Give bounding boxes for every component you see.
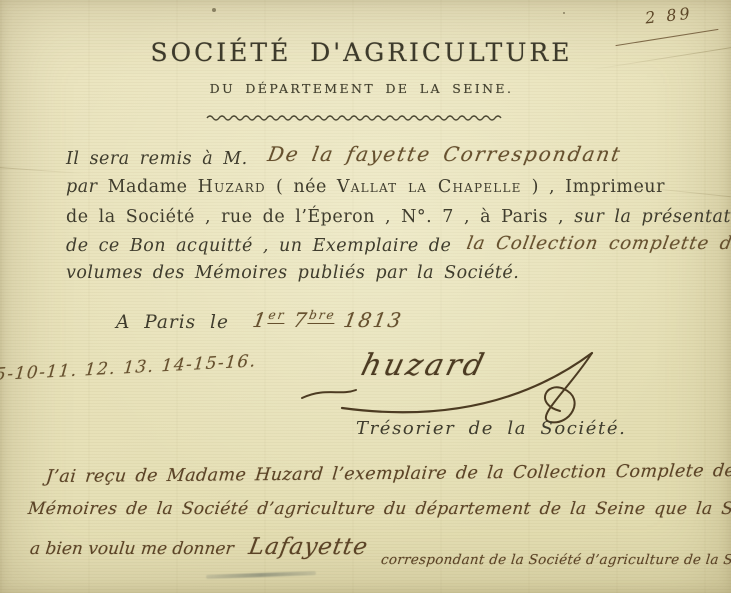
paper-speck: [563, 12, 565, 14]
printed-date-prefix: A Paris le: [116, 312, 229, 333]
handwritten-recipient-name: De la fayette Correspondant: [266, 142, 624, 166]
printed-text: sur la présentation: [574, 207, 731, 227]
receipt-closing-text: a bien voulu me donner: [29, 539, 235, 559]
pencil-underline: [206, 571, 316, 579]
paper-speck: [212, 8, 216, 12]
treasurer-signature-name: huzard: [358, 348, 491, 383]
document-subtitle: DU DÉPARTEMENT DE LA SEINE.: [0, 81, 723, 96]
handwritten-date: 1er7bre1813: [251, 308, 405, 332]
receipt-line-3: a bien voulu me donner Lafayette corresp…: [30, 534, 731, 560]
treasurer-title: Trésorier de la Société.: [356, 418, 626, 439]
date-year: 1813: [342, 308, 405, 332]
printed-name-vallat: Vallat la Chapelle: [337, 177, 522, 197]
receipt-line-1: J’ai reçu de Madame Huzard l’exemplaire …: [45, 461, 731, 487]
document-title: SOCIÉTÉ D'AGRICULTURE: [0, 38, 723, 67]
printed-text: Madame: [108, 177, 188, 197]
printed-name-huzard: Huzard: [198, 177, 266, 197]
folio-number-text: 2 89: [645, 4, 694, 28]
treasurer-signature-block: huzard: [298, 342, 600, 430]
printed-text: Il sera remis à M.: [66, 149, 248, 169]
handwritten-collection-note: la Collection complette de —: [466, 233, 731, 254]
printed-text: ) , Imprimeur: [532, 177, 665, 197]
bon-line-2: par Madame Huzard ( née Vallat la Chapel…: [66, 177, 665, 197]
decorative-wavy-rule: [205, 113, 505, 123]
printed-text: ( née: [276, 177, 327, 197]
recipient-signature: Lafayette: [246, 534, 370, 560]
bon-line-4: de ce Bon acquitté , un Exemplaire de la…: [66, 235, 731, 256]
printed-text: de ce Bon acquitté , un Exemplaire de: [66, 236, 451, 256]
receipt-line-2: Mémoires de la Société d’agriculture du …: [27, 499, 731, 519]
printed-text: par: [66, 177, 98, 197]
printed-text: de la Société , rue de l’Éperon , N°. 7 …: [66, 207, 564, 227]
date-line: A Paris le 1er7bre1813: [116, 309, 403, 333]
document-page: 2 89 SOCIÉTÉ D'AGRICULTURE DU DÉPARTEMEN…: [0, 0, 731, 593]
bon-line-3: de la Société , rue de l’Éperon , N°. 7 …: [66, 207, 731, 227]
bon-line-5: volumes des Mémoires publiés par la Soci…: [66, 263, 519, 283]
date-day: 1: [251, 308, 270, 332]
date-day-superscript: er: [267, 308, 287, 324]
bon-line-1: Il sera remis à M. De la fayette Corresp…: [66, 145, 621, 169]
date-month-superscript: bre: [307, 308, 336, 324]
recipient-qualification-note: correspondant de la Société d’agricultur…: [380, 552, 731, 568]
margin-volume-numbers: 5-10-11. 12. 13. 14-15-16.: [0, 351, 258, 385]
